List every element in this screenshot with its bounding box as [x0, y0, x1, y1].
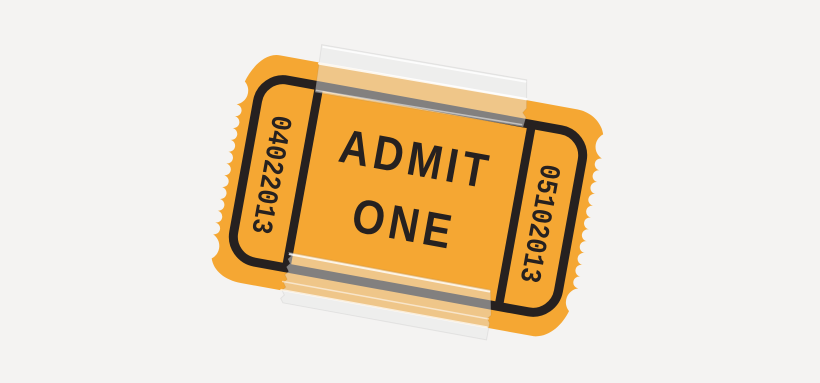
ticket-illustration: 04022013 05102013 ADMIT ONE — [0, 0, 820, 383]
rotated-ticket-group: 04022013 05102013 ADMIT ONE — [203, 30, 613, 355]
ticket-canvas: 04022013 05102013 ADMIT ONE — [0, 0, 820, 383]
